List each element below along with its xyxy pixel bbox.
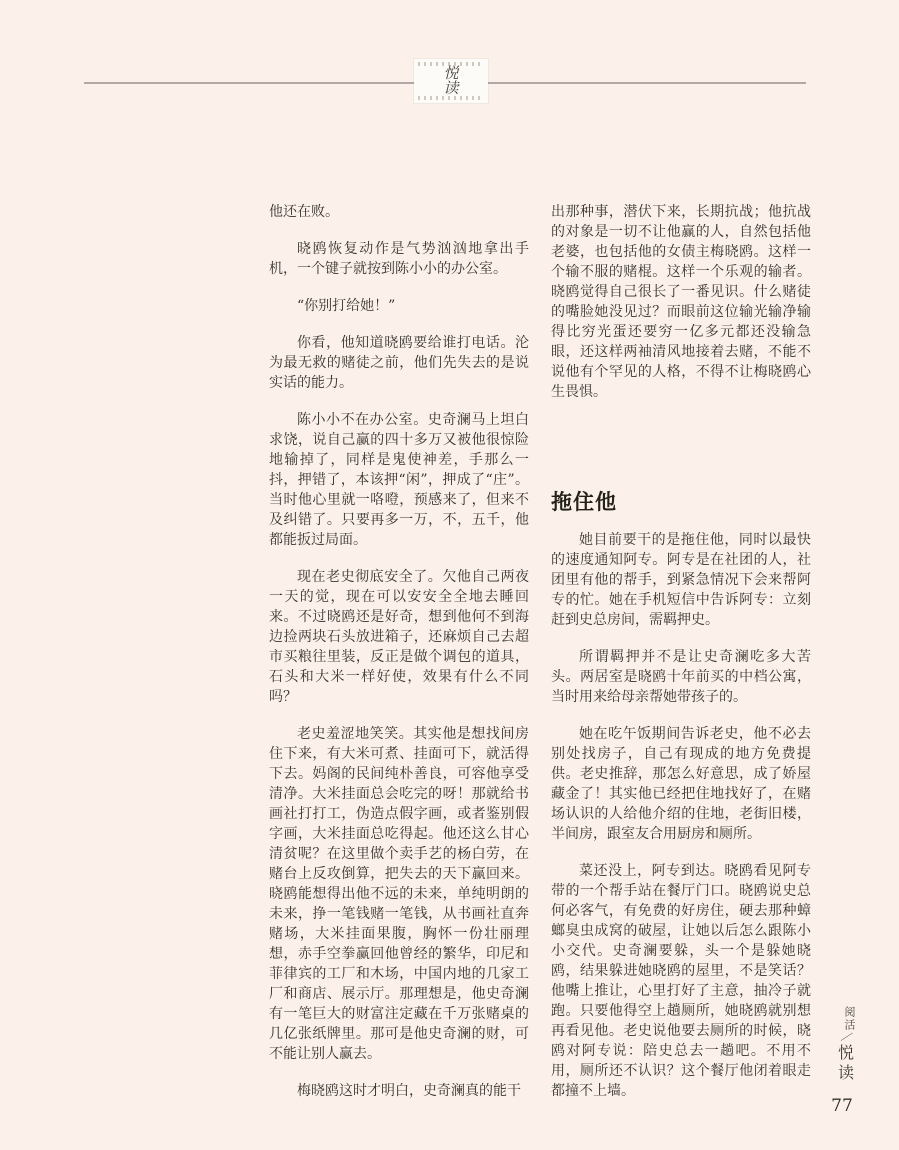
stamp-perforation-bottom [418, 96, 484, 100]
page-margin-label: 阅活 ／ 悦读 77 [828, 1006, 862, 1116]
paragraph: 晓鸥恢复动作是气势汹汹地拿出手机，一个键子就按到陈小小的办公室。 [269, 239, 529, 279]
paragraph: 陈小小不在办公室。史奇澜马上坦白求饶，说自己赢的四十多万又被他很惊险地输掉了，同… [269, 410, 529, 550]
paragraph: 你看，他知道晓鸥要给谁打电话。沦为最无救的赌徒之前，他们先失去的是说实话的能力。 [269, 333, 529, 393]
margin-label-small: 阅活 [841, 1006, 857, 1032]
paragraph: 她在吃午饭期间告诉老史，他不必去别处找房子，自己有现成的地方免费提供。老史推辞，… [551, 724, 811, 844]
left-column: 他还在败。 晓鸥恢复动作是气势汹汹地拿出手机，一个键子就按到陈小小的办公室。 “… [269, 202, 529, 1118]
right-column: 出那种事，潜伏下来，长期抗战；他抗战的对象是一切不让他赢的人，自然包括他老婆，也… [551, 202, 811, 1118]
paragraph: 梅晓鸥这时才明白，史奇澜真的能干 [269, 1081, 529, 1101]
paragraph: 菜还没上，阿专到达。晓鸥看见阿专带的一个帮手站在餐厅门口。晓鸥说史总何必客气，有… [551, 861, 811, 1101]
section-heading: 拖住他 [551, 490, 811, 514]
margin-label-large: 悦读 [834, 1044, 857, 1084]
paragraph: 她目前要干的是拖住他，同时以最快的速度通知阿专。阿专是在社团的人，社团里有他的帮… [551, 530, 811, 630]
header-stamp: 悦 读 [414, 59, 488, 103]
paragraph: 现在老史彻底安全了。欠他自己两夜一天的觉，现在可以安安全全地去睡回来。不过晓鸥还… [269, 567, 529, 707]
paragraph: 他还在败。 [269, 202, 529, 222]
margin-label-slash-icon: ／ [840, 1032, 853, 1044]
section-title: 悦 读 [418, 66, 484, 96]
paragraph: 老史羞涩地笑笑。其实他是想找间房住下来，有大米可煮、挂面可下，就活得下去。妈阁的… [269, 724, 529, 1064]
paragraph: 出那种事，潜伏下来，长期抗战；他抗战的对象是一切不让他赢的人，自然包括他老婆，也… [551, 202, 811, 402]
paragraph: 所谓羁押并不是让史奇澜吃多大苦头。两居室是晓鸥十年前买的中档公寓，当时用来给母亲… [551, 647, 811, 707]
paragraph-quote: “你别打给她！” [269, 296, 529, 316]
page-number: 77 [831, 1096, 853, 1116]
